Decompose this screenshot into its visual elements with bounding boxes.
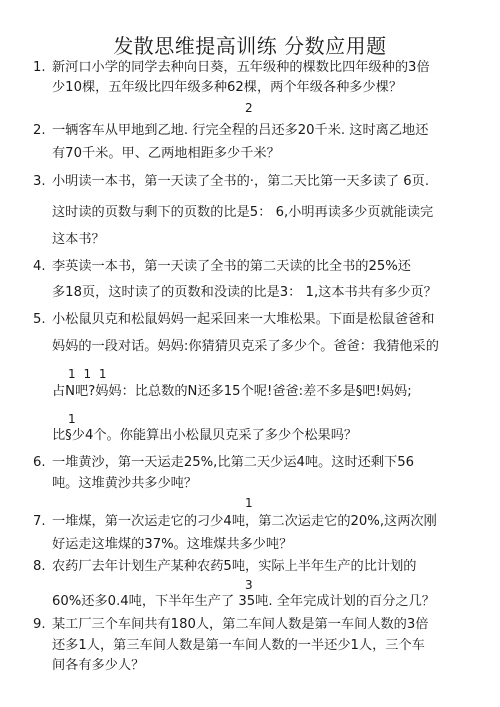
question-text-line: 一堆煤，第一次运走它的刁少4吨，第二次运走它的20%,这两次刚 <box>52 513 437 531</box>
question-text-line: 好运走这堆煤的37%。这堆煤共多少吨？ <box>52 536 292 554</box>
question-number: 8. <box>33 558 46 576</box>
question-text-line: 60%还多0.4吨，下半年生产了 35吨. 全年完成计划的百分之几？ <box>52 593 435 611</box>
question-text-line: 这本书？ <box>52 231 105 249</box>
question-text-line: 新河口小学的同学去种向日葵，五年级种的棵数比四年级种的3倍 <box>52 59 430 77</box>
question-text-line: 比§少4个。你能算出小松鼠贝克采了多少个松果吗？ <box>52 427 357 445</box>
question-text-line: 少10棵，五年级比四年级多种62棵，两个年级各种多少棵？ <box>52 79 402 97</box>
question-text-line: 李英读一本书，第一天读了全书的第二天读的比全书的25%还 <box>52 258 411 276</box>
question-number: 3. <box>33 173 46 191</box>
question-text-line: 妈妈的一段对话。妈妈:你猜猜贝克采了多少个。爸爸：我猜他采的 <box>52 338 439 356</box>
question-number: 5. <box>33 311 46 329</box>
question-text-line: 小松鼠贝克和松鼠妈妈一起采回来一大堆松果。下面是松鼠爸爸和 <box>52 311 434 329</box>
question-number: 9. <box>33 616 46 634</box>
fraction-fragment: 3 <box>245 578 253 592</box>
fraction-fragment: 1 1 1 <box>68 367 109 381</box>
page-title: 发散思维提高训练 分数应用题 <box>0 33 500 59</box>
question-text-line: 这时读的页数与剩下的页数的比是5： 6,小明再读多少页就能读完 <box>52 204 433 222</box>
question-number: 1. <box>33 59 46 77</box>
question-text-line: 一堆黄沙，第一天运走25%,比第二天少运4吨。这时还剩下56 <box>52 454 414 472</box>
question-text-line: 一辆客车从甲地到乙地. 行完全程的吕还多20千米. 这时离乙地还 <box>52 122 428 140</box>
fraction-fragment: 2 <box>245 101 253 115</box>
fraction-fragment: 1 <box>245 496 253 510</box>
question-text-line: 占N吧?妈妈：比总数的N还多15个呢!爸爸:差不多是§吧!妈妈; <box>52 383 412 401</box>
fraction-fragment: 1 <box>68 412 76 426</box>
question-text-line: 某工厂三个车间共有180人，第二车间人数是第一车间人数的3倍 <box>52 616 428 634</box>
question-number: 6. <box>33 454 46 472</box>
question-number: 7. <box>33 513 46 531</box>
question-text-line: 多18页，这时读了的页数和没读的比是3： 1,这本书共有多少页？ <box>52 284 437 302</box>
question-text-line: 小明读一本书，第一天读了全书的·，第二天比第一天多读了 6页. <box>52 173 429 191</box>
question-text-line: 间各有多少人？ <box>52 657 144 675</box>
question-number: 2. <box>33 122 46 140</box>
question-text-line: 有70千米。甲、乙两地相距多少千米？ <box>52 145 280 163</box>
question-text-line: 农药厂去年计划生产某种农药5吨，实际上半年生产的比计划的 <box>52 558 416 576</box>
question-number: 4. <box>33 258 46 276</box>
question-text-line: 还多1人，第三车间人数是第一车间人数的一半还少1人，三个车 <box>52 637 425 655</box>
question-text-line: 吨。这堆黄沙共多少吨？ <box>52 475 197 493</box>
